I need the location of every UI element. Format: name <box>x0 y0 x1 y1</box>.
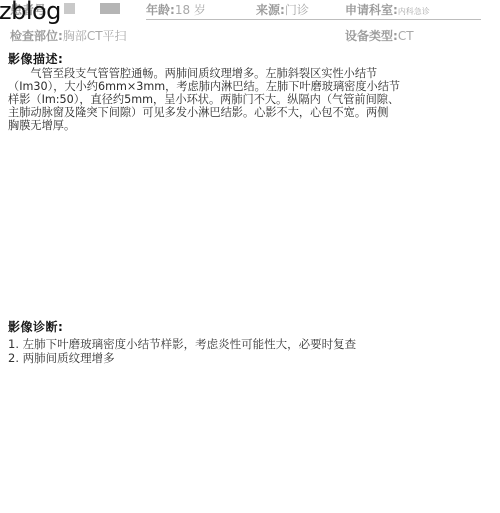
source-field: 来源:门诊 <box>256 1 309 18</box>
description-line: 主肺动脉窗及隆突下间隙）可见多发小淋巴结影。心影不大，心包不宽。两侧 <box>8 106 486 119</box>
report-header-row-1: 患者号 年龄:18 岁 来源:门诊 申请科室:内科急诊 <box>0 0 500 17</box>
department-value: 内科急诊 <box>398 7 430 16</box>
description-title: 影像描述: <box>8 50 63 67</box>
header-divider <box>146 19 481 20</box>
exam-part-value: 胸部CT平扫 <box>63 29 127 43</box>
exam-part-label: 检查部位: <box>10 29 63 43</box>
report-header-row-2: 检查部位:胸部CT平扫 设备类型:CT <box>0 25 500 43</box>
diagnosis-item: 1. 左肺下叶磨玻璃密度小结节样影，考虑炎性可能性大，必要时复查 <box>8 337 356 351</box>
description-body: 气管至段支气管管腔通畅。两肺间质纹理增多。左肺斜裂区实性小结节 （Im30），大… <box>8 67 486 132</box>
source-label: 来源: <box>256 3 285 17</box>
watermark-logo: zblog <box>0 0 61 25</box>
department-label: 申请科室: <box>345 3 398 17</box>
radiology-report: zblog 患者号 年龄:18 岁 来源:门诊 申请科室:内科急诊 检查部位:胸… <box>0 0 500 513</box>
redacted-block <box>64 3 75 14</box>
age-field: 年龄:18 岁 <box>146 1 206 18</box>
redacted-block <box>100 3 120 14</box>
device-type-value: CT <box>398 29 414 43</box>
device-type-label: 设备类型: <box>345 29 398 43</box>
department-field: 申请科室:内科急诊 <box>345 1 430 18</box>
diagnosis-list: 1. 左肺下叶磨玻璃密度小结节样影，考虑炎性可能性大，必要时复查 2. 两肺间质… <box>8 337 356 365</box>
diagnosis-item: 2. 两肺间质纹理增多 <box>8 351 356 365</box>
device-type-field: 设备类型:CT <box>345 27 414 44</box>
description-line: 气管至段支气管管腔通畅。两肺间质纹理增多。左肺斜裂区实性小结节 <box>8 67 486 80</box>
age-value: 18 岁 <box>175 3 206 17</box>
description-line: （Im30），大小约6mm×3mm，考虑肺内淋巴结。左肺下叶磨玻璃密度小结节 <box>8 80 486 93</box>
age-label: 年龄: <box>146 3 175 17</box>
source-value: 门诊 <box>285 3 309 17</box>
diagnosis-title: 影像诊断: <box>8 318 63 335</box>
description-line: 胸膜无增厚。 <box>8 119 486 132</box>
exam-part-field: 检查部位:胸部CT平扫 <box>10 27 127 44</box>
description-line: 样影（Im:50），直径约5mm，呈小环状。两肺门不大。纵隔内（气管前间隙、 <box>8 93 486 106</box>
